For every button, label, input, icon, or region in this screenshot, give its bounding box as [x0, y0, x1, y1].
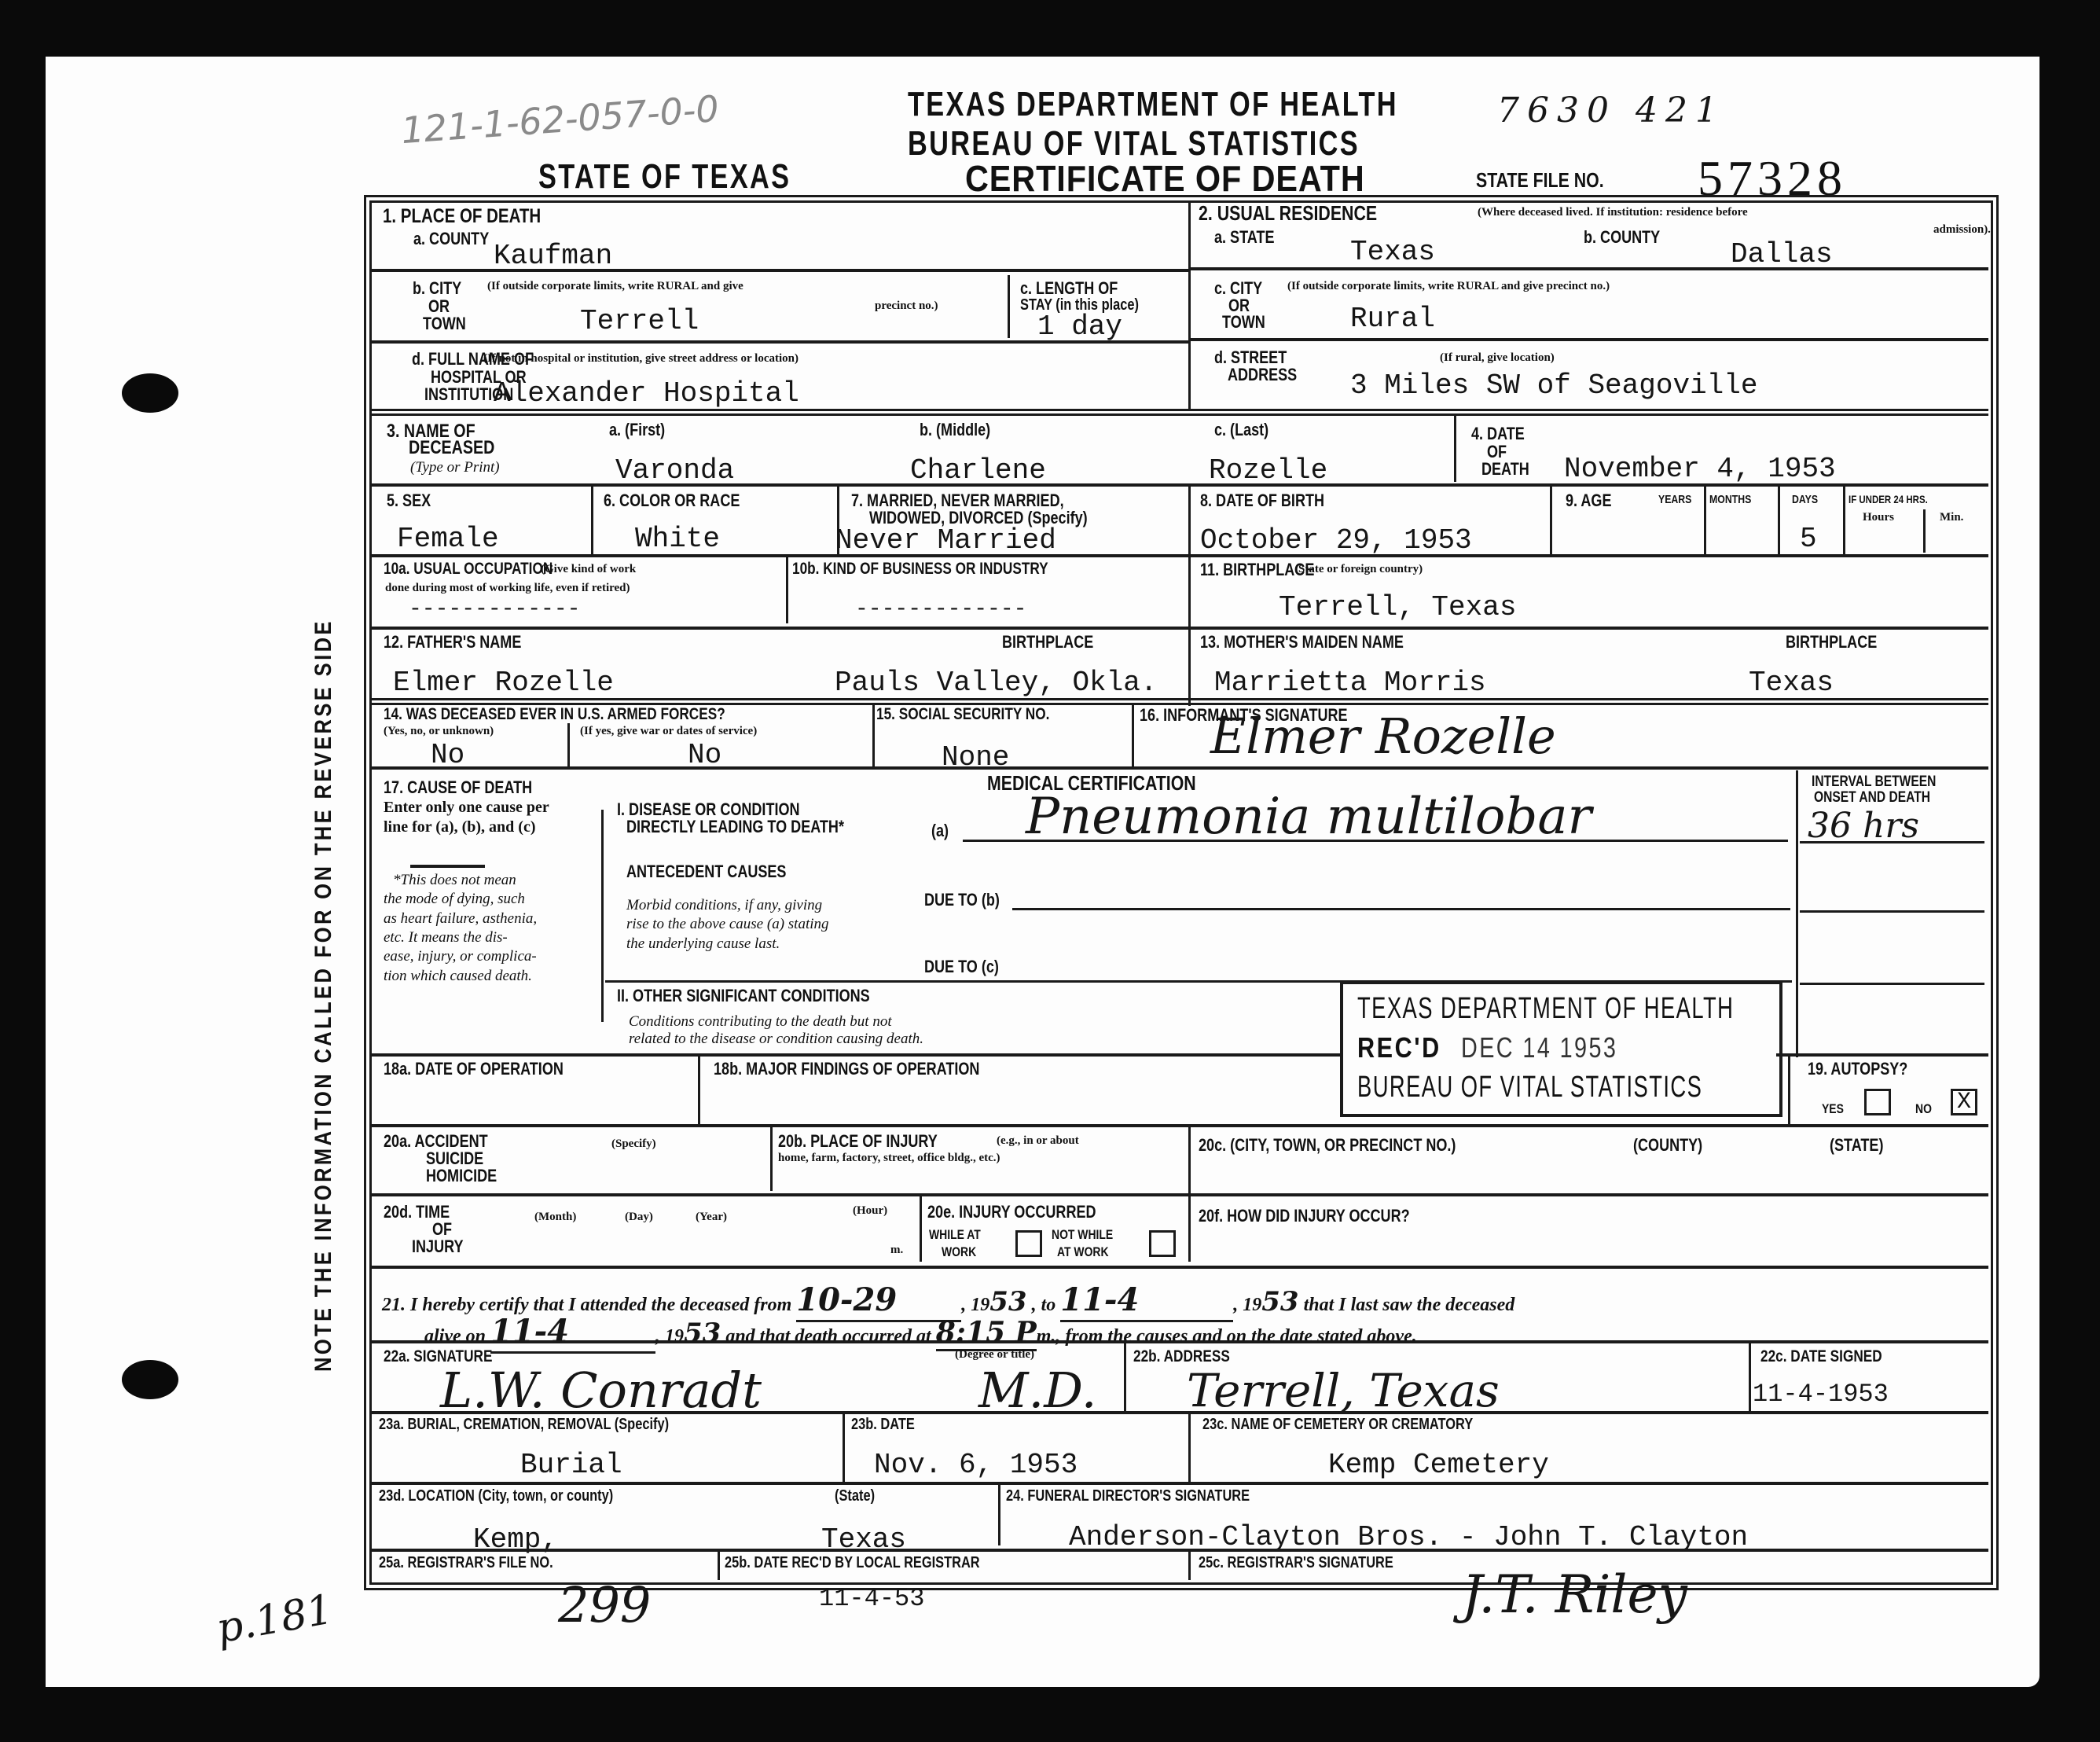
divider: [372, 1124, 1988, 1127]
footnote-line: as heart failure, asthenia,: [384, 910, 537, 928]
length-of-stay-label: c. LENGTH OF: [1020, 279, 1118, 297]
divider: [1704, 486, 1706, 554]
interval: 36 hrs: [1808, 806, 1919, 846]
father-name-label: 12. FATHER'S NAME: [384, 633, 521, 651]
registrar-signature-label: 25c. REGISTRAR'S SIGNATURE: [1199, 1555, 1393, 1571]
burial-date-label: 23b. DATE: [851, 1417, 915, 1433]
autopsy-yes-checkbox[interactable]: [1864, 1089, 1891, 1115]
handwritten-reference: 7630 421: [1497, 90, 1725, 130]
department-title: TEXAS DEPARTMENT OF HEALTH: [908, 85, 1398, 124]
accident-label: 20a. ACCIDENT: [384, 1132, 488, 1150]
divider: [410, 865, 485, 868]
divider: [872, 704, 875, 766]
divider: [372, 1549, 1988, 1552]
cause-a: Pneumonia multilobar: [1026, 788, 1592, 846]
antecedent-note-line: rise to the above cause (a) stating: [626, 915, 829, 934]
divider: [1188, 1551, 1191, 1580]
cemetery-label: 23c. NAME OF CEMETERY OR CREMATORY: [1202, 1417, 1473, 1433]
hole-punch-top: [122, 373, 178, 413]
how-injury-occurred-label: 20f. HOW DID INJURY OCCUR?: [1199, 1207, 1410, 1225]
interval-line: [1800, 841, 1984, 843]
cause-footnote: *This does not mean the mode of dying, s…: [384, 871, 537, 986]
birthplace: Terrell, Texas: [1279, 591, 1516, 623]
date-of-death-label: 4. DATE: [1471, 424, 1525, 443]
divider: [372, 483, 1988, 487]
footnote-line: etc. It means the dis-: [384, 928, 537, 947]
armed-forces-label: 14. WAS DECEASED EVER IN U.S. ARMED FORC…: [384, 706, 725, 723]
funeral-director-label: 24. FUNERAL DIRECTOR'S SIGNATURE: [1006, 1488, 1250, 1505]
divider: [998, 1484, 1000, 1545]
mother-name-label: 13. MOTHER'S MAIDEN NAME: [1200, 633, 1404, 651]
divider: [372, 409, 1988, 416]
birthplace-note: (State or foreign country): [1294, 563, 1423, 576]
marital-status: Never Married: [835, 524, 1056, 557]
certify-line-2: alive on 11-4, 1953 and that death occur…: [424, 1311, 1417, 1354]
divider: [1788, 1056, 1790, 1125]
hours-label: Hours: [1863, 511, 1894, 524]
residence-city-label: c. CITY: [1214, 279, 1262, 297]
divider: [372, 1266, 1988, 1269]
operation-date-label: 18a. DATE OF OPERATION: [384, 1060, 564, 1078]
divider: [372, 554, 1988, 557]
occupation-note: (Give kind of work: [541, 563, 636, 576]
injury-occurred-label: 20e. INJURY OCCURRED: [927, 1203, 1096, 1221]
physician-address: Terrell, Texas: [1187, 1364, 1500, 1417]
cemetery: Kemp Cemetery: [1328, 1449, 1549, 1481]
reverse-side-note: NOTE THE INFORMATION CALLED FOR ON THE R…: [310, 619, 337, 1372]
burial-state-label: (State): [835, 1488, 875, 1505]
divider: [1778, 486, 1780, 554]
armed-forces-note: (Yes, no, or unknown): [384, 725, 494, 738]
interval-b-line: [1800, 910, 1984, 913]
divider: [1188, 203, 1191, 409]
length-of-stay: 1 day: [1037, 311, 1122, 343]
divider: [1188, 267, 1988, 270]
under-24-hours-label: IF UNDER 24 HRS.: [1849, 494, 1928, 505]
date-of-death-label-3: DEATH: [1481, 460, 1529, 478]
hospital-note: (If not in hospital or institution, give…: [483, 352, 799, 366]
street-note: (If rural, give location): [1440, 351, 1555, 365]
city-note: (If outside corporate limits, write RURA…: [487, 280, 743, 293]
father-name: Elmer Rozelle: [393, 667, 614, 699]
other-conditions-note: Conditions contributing to the death but…: [629, 1012, 892, 1031]
divider: [770, 1126, 773, 1191]
date-of-death: November 4, 1953: [1564, 453, 1836, 485]
divider: [1132, 704, 1134, 766]
divider: [1188, 557, 1191, 706]
age-label: 9. AGE: [1566, 491, 1611, 509]
business: -------------: [855, 597, 1026, 622]
operation-findings-label: 18b. MAJOR FINDINGS OF OPERATION: [714, 1060, 979, 1078]
interval-c-line: [1800, 983, 1984, 985]
stamp-department: TEXAS DEPARTMENT OF HEALTH: [1357, 992, 1734, 1026]
place-of-death-heading: 1. PLACE OF DEATH: [383, 206, 541, 226]
date-signed: 11-4-1953: [1753, 1380, 1889, 1409]
residence-county-label: b. COUNTY: [1584, 228, 1660, 246]
divider: [1749, 1343, 1751, 1411]
alive-year-prefix: , 19: [655, 1326, 684, 1347]
name-label-3: (Type or Print): [410, 458, 500, 477]
antecedent-note-line: the underlying cause last.: [626, 935, 829, 954]
autopsy-yes-label: YES: [1822, 1102, 1844, 1116]
residence-state: Texas: [1350, 236, 1435, 268]
time-of-injury-label-2: OF: [432, 1220, 452, 1238]
middle-name: Charlene: [910, 454, 1046, 487]
divider: [718, 1551, 720, 1580]
divider: [372, 1340, 1988, 1343]
burial-date: Nov. 6, 1953: [874, 1449, 1078, 1481]
mother-name: Marrietta Morris: [1214, 667, 1486, 699]
injury-county-label: (COUNTY): [1633, 1136, 1702, 1154]
city-label: b. CITY: [413, 279, 461, 297]
occupation-note-2: done during most of working life, even i…: [385, 582, 630, 595]
first-name: Varonda: [615, 454, 734, 487]
due-to-b-label: DUE TO (b): [924, 891, 1000, 909]
mother-birthplace: Texas: [1749, 667, 1834, 699]
suicide-label: SUICIDE: [426, 1149, 483, 1167]
cause-note: Enter only one cause per: [384, 798, 549, 818]
date-of-birth: October 29, 1953: [1200, 524, 1472, 557]
date-signed-label: 22c. DATE SIGNED: [1760, 1348, 1882, 1365]
divider: [1843, 486, 1845, 554]
time-of-injury-label-3: INJURY: [412, 1237, 463, 1255]
father-birthplace-label: BIRTHPLACE: [1002, 633, 1093, 651]
stamp-date: DEC 14 1953: [1461, 1031, 1617, 1064]
not-at-work-checkbox[interactable]: [1149, 1230, 1176, 1257]
disease-label: I. DISEASE OR CONDITION: [617, 800, 800, 818]
time-of-death: 8:15 P: [936, 1316, 1037, 1351]
hospital-name: Alexander Hospital: [494, 377, 799, 410]
divider: [1454, 415, 1456, 482]
last-seen-alive-year: 53: [684, 1318, 721, 1349]
state-file-number: 57328: [1698, 149, 1847, 208]
year-label: (Year): [696, 1211, 727, 1224]
age-days-label: DAYS: [1792, 494, 1818, 506]
street-label: d. STREET: [1214, 348, 1287, 366]
other-conditions-note-2: related to the disease or condition caus…: [629, 1030, 923, 1049]
stamp-bureau: BUREAU OF VITAL STATISTICS: [1357, 1071, 1702, 1104]
street-label-2: ADDRESS: [1228, 366, 1297, 384]
divider: [1923, 509, 1926, 553]
while-at-work-label-2: WORK: [942, 1245, 976, 1259]
divider: [372, 627, 1988, 630]
divider: [372, 1482, 1988, 1485]
last-seen-alive-date: 11-4: [490, 1311, 655, 1354]
antecedent-note-line: Morbid conditions, if any, giving: [626, 896, 829, 915]
business-label: 10b. KIND OF BUSINESS OR INDUSTRY: [792, 560, 1048, 578]
death-city: Terrell: [580, 305, 699, 337]
cause-b-line: [1012, 908, 1790, 910]
footnote-line: *This does not mean: [384, 871, 537, 890]
name-label-2: DECEASED: [409, 438, 494, 458]
alive-on-label: alive on: [424, 1326, 486, 1347]
divider: [920, 1196, 922, 1262]
autopsy-no-label: NO: [1915, 1102, 1932, 1116]
degree-label: (Degree or title): [955, 1348, 1034, 1362]
cause-note-2: line for (a), (b), and (c): [384, 818, 536, 838]
interval-label: INTERVAL BETWEEN: [1812, 774, 1936, 790]
footnote-line: ease, injury, or complica-: [384, 947, 537, 966]
stamp-received-label: REC'D: [1357, 1031, 1441, 1064]
city-label-town: TOWN: [423, 314, 466, 333]
father-birthplace: Pauls Valley, Okla.: [835, 667, 1157, 699]
divider: [1796, 770, 1798, 1057]
m-label: m.: [890, 1244, 903, 1257]
age-days: 5: [1800, 523, 1817, 555]
residence-note-2: admission).: [1933, 223, 1991, 237]
residence-city-note: (If outside corporate limits, write RURA…: [1287, 280, 1610, 293]
disposition-label: 23a. BURIAL, CREMATION, REMOVAL (Specify…: [379, 1417, 669, 1433]
disease-label-2: DIRECTLY LEADING TO DEATH*: [626, 818, 844, 836]
mother-birthplace-label: BIRTHPLACE: [1786, 633, 1877, 651]
cause-a-label: (a): [931, 821, 949, 840]
residence-county: Dallas: [1731, 238, 1833, 270]
injury-city-label: 20c. (CITY, TOWN, OR PRECINCT NO.): [1199, 1136, 1456, 1154]
city-label-or: OR: [428, 297, 450, 315]
not-at-work-label-2: AT WORK: [1057, 1245, 1109, 1259]
city-note-2: precinct no.): [875, 300, 938, 313]
armed-forces-note-2: (If yes, give war or dates of service): [580, 725, 757, 738]
residence-city: Rural: [1350, 303, 1435, 335]
informant-signature: Elmer Rozelle: [1210, 707, 1556, 765]
place-of-injury-note-2: home, farm, factory, street, office bldg…: [778, 1152, 1000, 1165]
interval-label-2: ONSET AND DEATH: [1814, 790, 1930, 806]
race-label: 6. COLOR OR RACE: [604, 491, 740, 509]
state-file-number-label: STATE FILE NO.: [1476, 170, 1604, 191]
usual-residence-heading: 2. USUAL RESIDENCE: [1199, 203, 1377, 224]
injury-state-label: (STATE): [1830, 1136, 1883, 1154]
marital-status-label: 7. MARRIED, NEVER MARRIED,: [851, 491, 1064, 509]
autopsy-label: 19. AUTOPSY?: [1808, 1060, 1907, 1078]
cause-of-death-label: 17. CAUSE OF DEATH: [384, 778, 532, 796]
while-at-work-checkbox[interactable]: [1015, 1230, 1042, 1257]
registrar-file-number-label: 25a. REGISTRAR'S FILE NO.: [379, 1555, 553, 1571]
county-label: a. COUNTY: [413, 230, 489, 248]
divider: [1188, 1413, 1191, 1483]
burial-location-label: 23d. LOCATION (City, town, or county): [379, 1488, 613, 1505]
registrar-file-number: 299: [558, 1576, 651, 1634]
divider: [372, 1411, 1988, 1414]
divider: [843, 1413, 845, 1483]
sex-label: 5. SEX: [387, 491, 431, 509]
registrar-date-label: 25b. DATE REC'D BY LOCAL REGISTRAR: [725, 1555, 980, 1571]
registrar-date: 11-4-53: [819, 1584, 924, 1613]
residence-state-label: a. STATE: [1214, 228, 1275, 246]
time-of-injury-label: 20d. TIME: [384, 1203, 450, 1221]
race: White: [635, 523, 720, 555]
antecedent-causes-label: ANTECEDENT CAUSES: [626, 862, 786, 880]
divider: [786, 557, 788, 623]
antecedent-note: Morbid conditions, if any, giving rise t…: [626, 896, 829, 954]
state-heading: STATE OF TEXAS: [538, 157, 791, 197]
divider: [567, 723, 570, 766]
divider: [1188, 338, 1988, 341]
month-label: (Month): [534, 1211, 576, 1224]
divider: [601, 810, 604, 1022]
place-of-injury-label: 20b. PLACE OF INJURY: [778, 1132, 938, 1150]
divider: [372, 269, 1188, 272]
registrar-signature: J.T. Riley: [1462, 1564, 1687, 1625]
date-of-birth-label: 8. DATE OF BIRTH: [1200, 491, 1324, 509]
day-label: (Day): [625, 1211, 653, 1224]
age-months-label: MONTHS: [1709, 494, 1751, 506]
death-county: Kaufman: [494, 240, 612, 272]
disposition: Burial: [520, 1449, 622, 1481]
residence-note: (Where deceased lived. If institution: r…: [1478, 206, 1748, 219]
sex: Female: [397, 523, 499, 555]
divider: [1188, 486, 1191, 554]
divider: [1124, 1343, 1126, 1411]
date-of-death-label-2: OF: [1487, 443, 1507, 461]
received-stamp: TEXAS DEPARTMENT OF HEALTH REC'D DEC 14 …: [1340, 981, 1782, 1117]
divider: [1550, 486, 1552, 554]
autopsy-no-mark: X: [1957, 1089, 1971, 1115]
specify-label: (Specify): [611, 1137, 656, 1151]
hour-label: (Hour): [853, 1204, 887, 1218]
not-at-work-label: NOT WHILE: [1052, 1228, 1113, 1242]
middle-name-label: b. (Middle): [920, 421, 990, 439]
footnote-line: tion which caused death.: [384, 967, 537, 986]
divider: [372, 1193, 1988, 1196]
divider: [1776, 1053, 1988, 1057]
occupation-label: 10a. USUAL OCCUPATION: [384, 560, 553, 578]
residence-city-town: TOWN: [1222, 313, 1265, 331]
certificate-title: CERTIFICATE OF DEATH: [965, 157, 1365, 200]
divider: [698, 1056, 700, 1125]
footnote-line: the mode of dying, such: [384, 890, 537, 909]
place-of-injury-note: (e.g., in or about: [997, 1134, 1079, 1148]
certify-text-4: m., from the causes and on the date stat…: [1037, 1326, 1417, 1347]
autopsy-no-checkbox[interactable]: X: [1951, 1089, 1977, 1115]
divider: [372, 340, 1188, 344]
due-to-c-label: DUE TO (c): [924, 957, 999, 976]
certify-text-3: and that death occurred at: [725, 1326, 931, 1347]
divider: [372, 698, 1988, 705]
other-conditions-label: II. OTHER SIGNIFICANT CONDITIONS: [617, 987, 870, 1005]
physician-address-label: 22b. ADDRESS: [1133, 1348, 1230, 1365]
first-name-label: a. (First): [609, 421, 665, 439]
residence-street: 3 Miles SW of Seagoville: [1350, 369, 1757, 402]
hole-punch-bottom: [122, 1360, 178, 1399]
occupation: -------------: [409, 597, 580, 622]
while-at-work-label: WHILE AT: [929, 1228, 981, 1242]
divider: [372, 766, 1988, 770]
divider: [372, 1053, 1340, 1057]
last-name-label: c. (Last): [1214, 421, 1268, 439]
divider: [1008, 275, 1010, 338]
ssn-label: 15. SOCIAL SECURITY NO.: [876, 706, 1049, 723]
minutes-label: Min.: [1940, 511, 1963, 524]
last-name: Rozelle: [1209, 454, 1327, 487]
homicide-label: HOMICIDE: [426, 1167, 497, 1185]
divider: [591, 486, 593, 554]
age-years-label: YEARS: [1658, 494, 1691, 506]
